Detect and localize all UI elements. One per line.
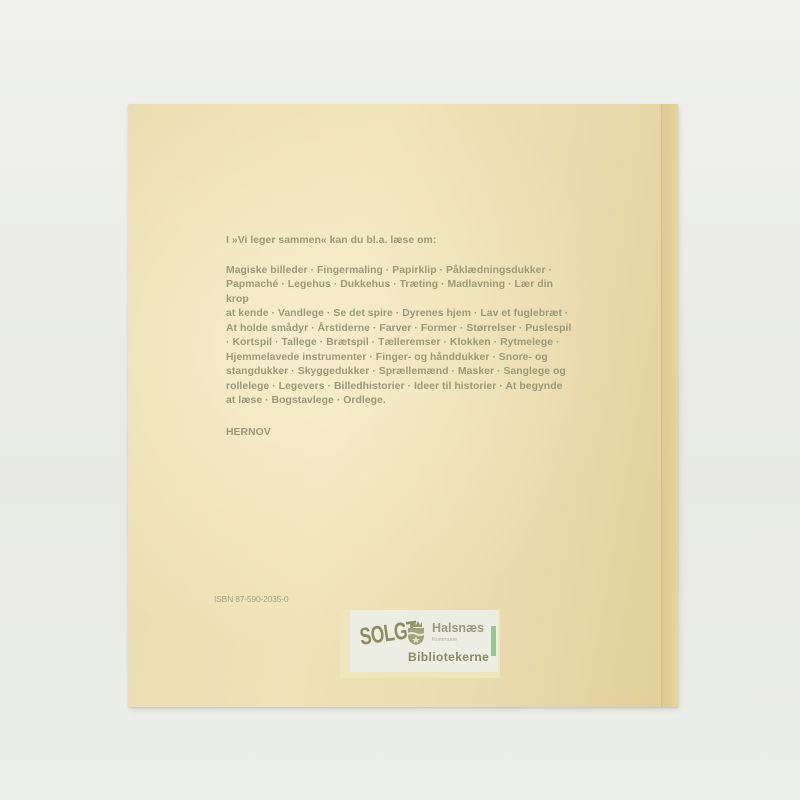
topics-line: stangdukker · Skyggedukker · Sprællemænd…: [226, 365, 576, 380]
topics-line: Magiske billeder · Fingermaling · Papirk…: [226, 264, 576, 279]
municipality-name: Halsnæs: [432, 621, 484, 635]
book-spine: [661, 104, 678, 707]
publisher-name: HERNOV: [226, 426, 576, 441]
library-department: Bibliotekerne: [408, 650, 489, 664]
topics-line: at læse · Bogstavlege · Ordlege.: [226, 394, 576, 409]
accent-strip: [491, 626, 496, 656]
topics-line: · Kortspil · Tallege · Brætspil · Tæller…: [226, 336, 576, 351]
topics-line: rollelege · Legevers · Billedhistorier ·…: [226, 380, 576, 395]
topics-line: At holde smådyr · Årstiderne · Farver · …: [226, 322, 576, 337]
topics-line: Hjemmelavede instrumenter · Finger- og h…: [226, 351, 576, 366]
blurb-intro: I »Vi leger sammen« kan du bl.a. læse om…: [226, 234, 576, 249]
isbn-number: ISBN 87-590-2035-0: [214, 594, 288, 604]
topics-line: at kende · Vandlege · Se det spire · Dyr…: [226, 307, 576, 322]
topics-list: Magiske billeder · Fingermaling · Papirk…: [226, 264, 576, 409]
municipality-sub: Kommune: [432, 637, 457, 643]
book-back-cover: I »Vi leger sammen« kan du bl.a. læse om…: [128, 104, 678, 707]
back-cover-blurb: I »Vi leger sammen« kan du bl.a. læse om…: [226, 234, 576, 440]
library-sticker: SOLGT Halsnæs Kommune Bibliotekerne: [350, 610, 498, 672]
municipal-crest-icon: [406, 620, 426, 646]
topics-line: Papmaché · Legehus · Dukkehus · Træting …: [226, 278, 576, 307]
